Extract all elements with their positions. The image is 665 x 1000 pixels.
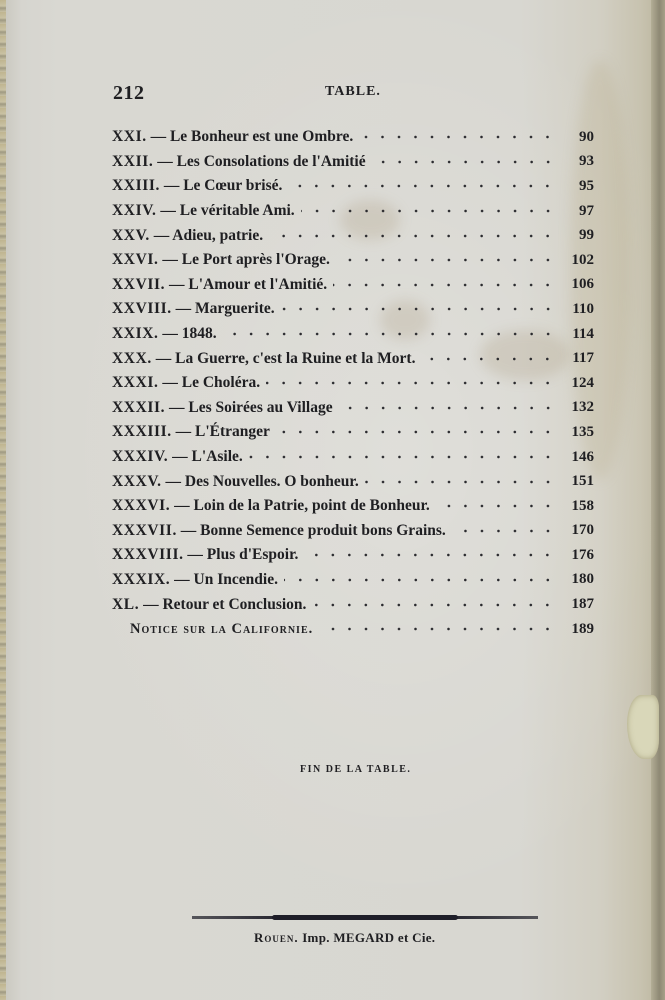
dot-leader xyxy=(249,450,556,464)
toc-entry: XXXVII. — Bonne Semence produit bons Gra… xyxy=(112,519,594,544)
toc-title: 1848. xyxy=(182,325,217,342)
toc-separator: — xyxy=(154,227,170,244)
page-right-edge xyxy=(651,0,665,1000)
dot-leader xyxy=(288,179,556,193)
dot-leader xyxy=(452,524,556,538)
toc-numeral: XXXV. xyxy=(112,473,162,490)
dot-leader xyxy=(281,302,556,316)
book-spine-edge xyxy=(0,0,6,1000)
toc-title: Bonne Semence produit bons Grains. xyxy=(200,522,446,539)
toc-title: Le Bonheur est une Ombre. xyxy=(170,128,353,145)
toc-entry-label: XXXII. — Les Soirées au Village xyxy=(112,399,337,417)
toc-page-number: 187 xyxy=(562,596,594,613)
toc-page-number: 135 xyxy=(562,424,594,441)
toc-title: Retour et Conclusion. xyxy=(162,596,306,613)
toc-page-number: 117 xyxy=(562,350,594,367)
toc-page-number: 158 xyxy=(562,498,594,515)
toc-page-number: 93 xyxy=(562,153,594,170)
toc-entry: XXV. — Adieu, patrie.99 xyxy=(112,223,594,248)
dot-leader xyxy=(333,278,556,292)
toc-entry: XXI. — Le Bonheur est une Ombre.90 xyxy=(112,125,594,150)
toc-title: Les Consolations de l'Amitié xyxy=(177,153,366,170)
toc-numeral: XXI. xyxy=(112,128,147,145)
toc-entry: XXXIII. — L'Étranger135 xyxy=(112,420,594,445)
dot-leader xyxy=(336,253,556,267)
toc-entry: XXXII. — Les Soirées au Village132 xyxy=(112,396,594,421)
toc-title: Le véritable Ami. xyxy=(180,202,295,219)
toc-entry-label: XXXVIII. — Plus d'Espoir. xyxy=(112,546,302,564)
toc-title: Marguerite. xyxy=(195,300,275,317)
dot-leader xyxy=(319,622,556,636)
toc-separator: — xyxy=(181,522,197,539)
toc-numeral: XXX. xyxy=(112,350,152,367)
toc-page-number: 95 xyxy=(562,178,594,195)
toc-entry: XXXIV. — L'Asile.146 xyxy=(112,445,594,470)
toc-page-number: 90 xyxy=(562,129,594,146)
toc-page-number: 189 xyxy=(562,621,594,638)
toc-separator: — xyxy=(176,300,192,317)
toc-title: L'Étranger xyxy=(195,423,270,440)
toc-separator: — xyxy=(164,177,180,194)
toc-page-number: 124 xyxy=(562,375,594,392)
toc-entry-label: XXVI. — Le Port après l'Orage. xyxy=(112,251,334,269)
toc-separator: — xyxy=(160,202,176,219)
toc-separator: — xyxy=(169,399,185,416)
toc-title: Des Nouvelles. O bonheur. xyxy=(185,473,359,490)
toc-entry-label: XXI. — Le Bonheur est une Ombre. xyxy=(112,128,357,146)
toc-page-number: 170 xyxy=(562,522,594,539)
toc-separator: — xyxy=(172,448,188,465)
toc-entry-label: XXXV. — Des Nouvelles. O bonheur. xyxy=(112,473,363,491)
toc-page-number: 106 xyxy=(562,276,594,293)
toc-entry-label: XXXVI. — Loin de la Patrie, point de Bon… xyxy=(112,497,434,515)
toc-entry: XXIX. — 1848.114 xyxy=(112,322,594,347)
toc-numeral: XXXII. xyxy=(112,399,165,416)
toc-numeral: XXIII. xyxy=(112,177,160,194)
toc-separator: — xyxy=(162,374,178,391)
dot-leader xyxy=(223,327,556,341)
toc-entry-label: XXX. — La Guerre, c'est la Ruine et la M… xyxy=(112,350,419,368)
toc-separator: — xyxy=(156,350,172,367)
toc-title: Le Choléra. xyxy=(182,374,260,391)
toc-numeral: XXXIII. xyxy=(112,423,172,440)
toc-title: Plus d'Espoir. xyxy=(207,546,299,563)
toc-entry: XXXV. — Des Nouvelles. O bonheur.151 xyxy=(112,469,594,494)
dot-leader xyxy=(284,573,556,587)
dot-leader xyxy=(312,598,556,612)
toc-separator: — xyxy=(166,473,182,490)
dot-leader xyxy=(359,130,556,144)
toc-title: Le Cœur brisé. xyxy=(183,177,282,194)
toc-page-number: 180 xyxy=(562,571,594,588)
toc-entry: XXVII. — L'Amour et l'Amitié.106 xyxy=(112,273,594,298)
toc-separator: — xyxy=(174,571,190,588)
toc-separator: — xyxy=(187,546,203,563)
toc-entry-label: XXVII. — L'Amour et l'Amitié. xyxy=(112,276,331,294)
dot-leader xyxy=(421,352,556,366)
toc-separator: — xyxy=(169,276,185,293)
toc-numeral: XXV. xyxy=(112,227,150,244)
toc-entry: XXII. — Les Consolations de l'Amitié93 xyxy=(112,150,594,175)
toc-separator: — xyxy=(143,596,159,613)
toc-page-number: 146 xyxy=(562,449,594,466)
toc-title: Les Soirées au Village xyxy=(188,399,332,416)
toc-numeral: XXVIII. xyxy=(112,300,172,317)
toc-numeral: XXVII. xyxy=(112,276,165,293)
toc-entry: XXIV. — Le véritable Ami.97 xyxy=(112,199,594,224)
dot-leader xyxy=(301,204,556,218)
dot-leader xyxy=(372,155,556,169)
toc-entry-label: XXV. — Adieu, patrie. xyxy=(112,227,267,245)
toc-title: Adieu, patrie. xyxy=(172,227,263,244)
toc-page-number: 97 xyxy=(562,203,594,220)
toc-entry-label: XXXIII. — L'Étranger xyxy=(112,423,274,441)
toc-entry-label: XL. — Retour et Conclusion. xyxy=(112,596,310,614)
toc-numeral: XXII. xyxy=(112,153,153,170)
toc-entry: XXIII. — Le Cœur brisé.95 xyxy=(112,174,594,199)
toc-entry-label: XXXIX. — Un Incendie. xyxy=(112,571,282,589)
toc-separator: — xyxy=(162,251,178,268)
toc-title: L'Asile. xyxy=(192,448,243,465)
toc-entry-label: XXIV. — Le véritable Ami. xyxy=(112,202,299,220)
toc-entry-label: XXII. — Les Consolations de l'Amitié xyxy=(112,153,370,171)
decorative-rule xyxy=(192,916,538,919)
dot-leader xyxy=(365,475,556,489)
toc-entry-label: XXXI. — Le Choléra. xyxy=(112,374,264,392)
toc-entry: XXXVI. — Loin de la Patrie, point de Bon… xyxy=(112,494,594,519)
toc-title: Un Incendie. xyxy=(194,571,278,588)
dot-leader xyxy=(304,548,556,562)
toc-entry-label: XXXVII. — Bonne Semence produit bons Gra… xyxy=(112,522,450,540)
toc-page-number: 132 xyxy=(562,399,594,416)
toc-entry-label: XXXIV. — L'Asile. xyxy=(112,448,247,466)
toc-title: L'Amour et l'Amitié. xyxy=(188,276,327,293)
toc-entry: XXX. — La Guerre, c'est la Ruine et la M… xyxy=(112,346,594,371)
toc-numeral: XXVI. xyxy=(112,251,159,268)
end-of-table-text: FIN DE LA TABLE. xyxy=(300,764,411,775)
toc-entry-label: XXVIII. — Marguerite. xyxy=(112,300,279,318)
imprint-printer: Imp. MEGARD et Cie. xyxy=(302,930,435,945)
toc-numeral: XL. xyxy=(112,596,139,613)
toc-entry: XL. — Retour et Conclusion.187 xyxy=(112,592,594,617)
toc-numeral: XXIV. xyxy=(112,202,157,219)
toc-entry: XXXVIII. — Plus d'Espoir.176 xyxy=(112,543,594,568)
dot-leader xyxy=(339,401,556,415)
dot-leader xyxy=(266,376,556,390)
toc-entry: XXXI. — Le Choléra.124 xyxy=(112,371,594,396)
toc-title: Loin de la Patrie, point de Bonheur. xyxy=(194,497,430,514)
dot-leader xyxy=(436,499,556,513)
toc-entry-notice: Notice sur la Californie.189 xyxy=(112,617,594,642)
toc-entry: XXVIII. — Marguerite.110 xyxy=(112,297,594,322)
toc-entry-label: XXIX. — 1848. xyxy=(112,325,221,343)
toc-numeral: XXXVI. xyxy=(112,497,170,514)
toc-separator: — xyxy=(157,153,173,170)
toc-page-number: 176 xyxy=(562,547,594,564)
toc-separator: — xyxy=(151,128,167,145)
toc-title: La Guerre, c'est la Ruine et la Mort. xyxy=(175,350,415,367)
toc-entry-label: XXIII. — Le Cœur brisé. xyxy=(112,177,286,195)
toc-numeral: XXXI. xyxy=(112,374,159,391)
toc-page-number: 99 xyxy=(562,227,594,244)
toc-numeral: XXXIX. xyxy=(112,571,170,588)
printer-imprint: Rouen. Imp. MEGARD et Cie. xyxy=(254,930,435,946)
table-of-contents: XXI. — Le Bonheur est une Ombre.90 XXII.… xyxy=(112,125,594,641)
dot-leader xyxy=(276,425,556,439)
toc-numeral: XXXIV. xyxy=(112,448,168,465)
page-number: 212 xyxy=(113,82,145,105)
toc-entry: XXXIX. — Un Incendie.180 xyxy=(112,568,594,593)
dot-leader xyxy=(269,229,556,243)
toc-title: Le Port après l'Orage. xyxy=(182,251,330,268)
toc-page-number: 102 xyxy=(562,252,594,269)
toc-notice-title: Notice sur la Californie. xyxy=(112,621,317,638)
imprint-city: Rouen. xyxy=(254,930,299,945)
toc-page-number: 114 xyxy=(562,326,594,343)
toc-entry: XXVI. — Le Port après l'Orage.102 xyxy=(112,248,594,273)
toc-numeral: XXXVII. xyxy=(112,522,177,539)
toc-numeral: XXXVIII. xyxy=(112,546,184,563)
toc-separator: — xyxy=(176,423,192,440)
toc-numeral: XXIX. xyxy=(112,325,159,342)
paper-tear xyxy=(627,695,659,759)
book-page: 212 TABLE. XXI. — Le Bonheur est une Omb… xyxy=(0,0,665,1000)
toc-separator: — xyxy=(174,497,190,514)
page-header: 212 TABLE. xyxy=(113,82,595,110)
toc-separator: — xyxy=(162,325,178,342)
toc-page-number: 110 xyxy=(562,301,594,318)
running-title: TABLE. xyxy=(325,84,381,100)
toc-page-number: 151 xyxy=(562,473,594,490)
